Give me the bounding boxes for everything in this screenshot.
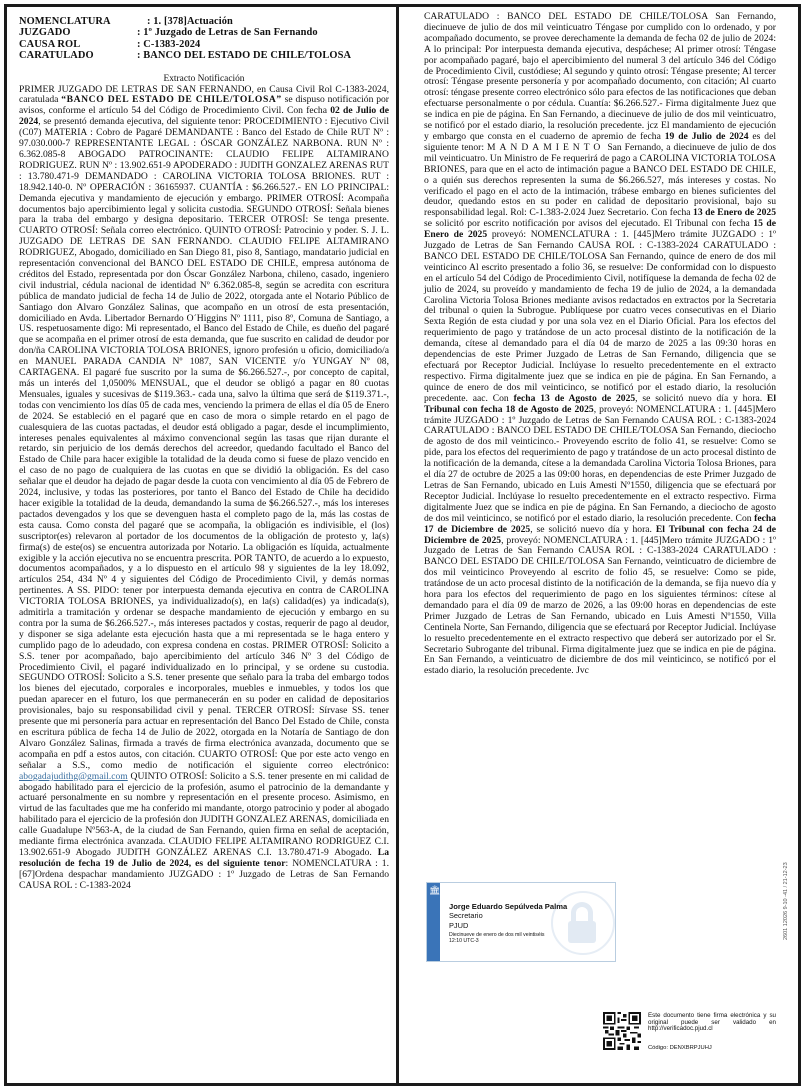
signer-org: PJUD bbox=[449, 921, 567, 931]
verification-code: Código: DENXBRPJUHJ bbox=[648, 1045, 712, 1051]
body-text: , se solicitó nuevo día y hora. bbox=[530, 524, 656, 535]
body-text: CARATULADO : BANCO DEL ESTADO DE CHILE/T… bbox=[424, 11, 776, 142]
header-label: NOMENCLATURA bbox=[19, 16, 137, 27]
qr-code-icon[interactable] bbox=[603, 1012, 641, 1050]
header-value: : 1º Juzgado de Letras de San Fernando bbox=[137, 27, 389, 38]
header-value: : 1. [378]Actuación bbox=[137, 16, 389, 27]
body-text: , proveyó: NOMENCLATURA : 1. [445]Mero t… bbox=[424, 404, 776, 524]
document-vertical-id: 2601 12026 9-10 -41 / 21-12-23 bbox=[783, 850, 793, 940]
right-column: CARATULADO : BANCO DEL ESTADO DE CHILE/T… bbox=[424, 12, 776, 677]
body-text-bold: “BANCO DEL ESTADO DE CHILE/TOLOSA” bbox=[61, 94, 282, 105]
header-row-caratulado: CARATULADO : BANCO DEL ESTADO DE CHILE/T… bbox=[19, 50, 389, 61]
header-label: CAUSA ROL bbox=[19, 39, 137, 50]
signer-name: Jorge Eduardo Sepúlveda Palma bbox=[449, 902, 567, 911]
email-link[interactable]: abogadajudithg@gmail.com bbox=[19, 771, 128, 782]
header-label: JUZGADO bbox=[19, 27, 137, 38]
body-text: , proveyó: NOMENCLATURA : 1. [445]Mero t… bbox=[424, 535, 776, 677]
left-column: NOMENCLATURA : 1. [378]Actuación JUZGADO… bbox=[19, 12, 389, 892]
header-row-juzgado: JUZGADO : 1º Juzgado de Letras de San Fe… bbox=[19, 27, 389, 38]
body-text: , se solicitó nuevo día y hora. bbox=[635, 393, 767, 404]
header-row-nomenclatura: NOMENCLATURA : 1. [378]Actuación bbox=[19, 16, 389, 27]
signature-accent-bar: 🏛︎ bbox=[427, 883, 440, 961]
body-text-bold: fecha 13 de Agosto de 2025 bbox=[514, 393, 636, 404]
header-label: CARATULADO bbox=[19, 50, 137, 61]
electronic-signature-box: 🏛︎ Jorge Eduardo Sepúlveda Palma Secreta… bbox=[426, 882, 616, 962]
header-row-causa-rol: CAUSA ROL : C-1383-2024 bbox=[19, 39, 389, 50]
header-value: : C-1383-2024 bbox=[137, 39, 389, 50]
body-text: se solicitó por escrito notificación por… bbox=[424, 218, 753, 229]
right-body-text: CARATULADO : BANCO DEL ESTADO DE CHILE/T… bbox=[424, 12, 776, 677]
body-text-bold: 13 de Enero de 2025 bbox=[693, 207, 776, 218]
signer-role: Secretario bbox=[449, 911, 567, 921]
courthouse-icon: 🏛︎ bbox=[429, 886, 440, 895]
column-divider bbox=[396, 4, 399, 1086]
verification-text: Este documento tiene firma electrónica y… bbox=[648, 1013, 776, 1033]
body-text: , se presentó demanda ejecutiva, del sig… bbox=[19, 116, 389, 770]
case-header: NOMENCLATURA : 1. [378]Actuación JUZGADO… bbox=[19, 16, 389, 62]
body-text: proveyó: NOMENCLATURA : 1. [445]Mero trá… bbox=[424, 229, 776, 404]
left-body-text: PRIMER JUZGADO DE LETRAS DE SAN FERNANDO… bbox=[19, 85, 389, 892]
header-value: : BANCO DEL ESTADO DE CHILE/TOLOSA bbox=[137, 50, 389, 61]
body-text-bold: 19 de Julio de 2024 bbox=[665, 131, 749, 142]
mandamiento-heading: MANDAMIENTO bbox=[487, 142, 604, 153]
body-text: QUINTO OTROSÍ: Solicito a S.S. tener pre… bbox=[19, 771, 389, 858]
signature-time: 12:10 UTC-3 bbox=[449, 938, 567, 944]
signature-text: Jorge Eduardo Sepúlveda Palma Secretario… bbox=[449, 902, 567, 944]
